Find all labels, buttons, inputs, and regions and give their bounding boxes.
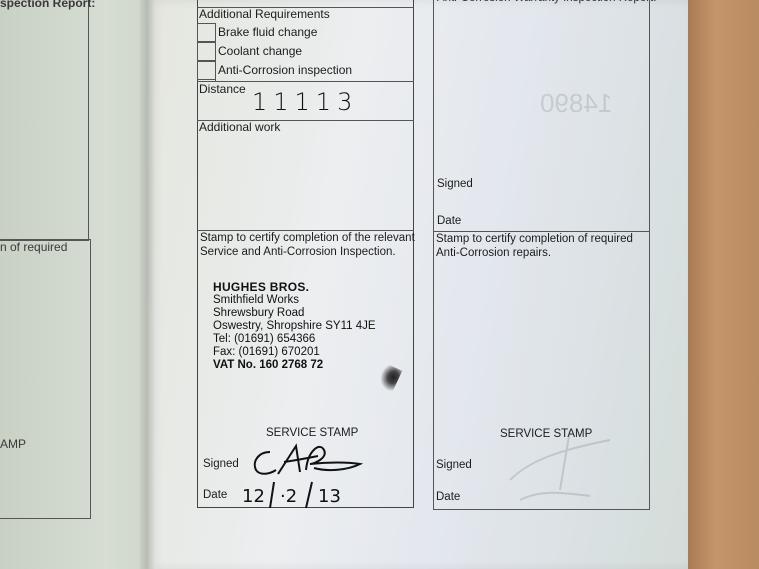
dealer-address-line: Oswestry, Shropshire SY11 4JE [213,320,376,333]
left-service-stamp-fragment: AMP [0,437,26,451]
divider [197,230,414,231]
right-form-header: Anti-Corrosion Warranty Inspection Repor… [437,0,656,4]
right-stamp-instruction-line-1: Stamp to certify completion of required [436,233,633,245]
checkbox-column-line [215,23,216,81]
left-stamp-box [0,239,91,519]
right-signed-label: Signed [437,178,473,190]
right-signed-label-2: Signed [436,459,472,471]
left-header-fragment: spection Report: [0,0,95,10]
signature [248,440,366,480]
checkbox-brake-fluid[interactable] [197,23,216,42]
dealer-address-line: Shrewsbury Road [213,307,376,320]
book-gutter [140,0,154,569]
handwritten-date: 12 ·2 13 [240,478,360,510]
checklist-label: Anti-Corrosion inspection [218,63,352,77]
dealer-phone: Tel: (01691) 654366 [213,333,376,346]
checkbox-anti-corrosion[interactable] [197,61,216,80]
dealer-fax: Fax: (01691) 670201 [213,346,376,359]
left-stamp-fragment: n of required [0,240,67,254]
additional-work-label: Additional work [199,120,280,134]
bleed-through-signature [500,420,620,510]
right-date-label-2: Date [436,491,460,503]
bleed-through-distance: 14890 [540,88,612,119]
dealer-vat: VAT No. 160 2768 72 [213,359,376,372]
dealer-address-line: Smithfield Works [213,294,376,307]
stamp-instruction-line-1: Stamp to certify completion of the relev… [200,232,415,244]
distance-label: Distance [199,82,246,96]
left-report-box [0,0,89,241]
signed-label: Signed [203,458,239,470]
date-label: Date [203,489,227,501]
svg-text:13: 13 [318,486,341,507]
divider [433,231,650,232]
checkbox-coolant[interactable] [197,42,216,61]
additional-requirements-label: Additional Requirements [199,7,330,21]
distance-value: 11113 [252,88,358,116]
right-stamp-instruction-line-2: Anti-Corrosion repairs. [436,247,551,259]
svg-text:·2: ·2 [280,486,297,507]
checklist-label: Brake fluid change [218,25,317,39]
wooden-desk [686,0,759,569]
service-stamp-label: SERVICE STAMP [266,427,358,439]
right-date-label: Date [437,215,461,227]
svg-text:12: 12 [242,486,265,507]
dealer-name: HUGHES BROS. [213,281,376,294]
stamp-instruction-line-2: Service and Anti-Corrosion Inspection. [200,246,396,258]
checklist-label: Coolant change [218,44,302,58]
dealer-stamp: HUGHES BROS. Smithfield Works Shrewsbury… [213,281,376,372]
